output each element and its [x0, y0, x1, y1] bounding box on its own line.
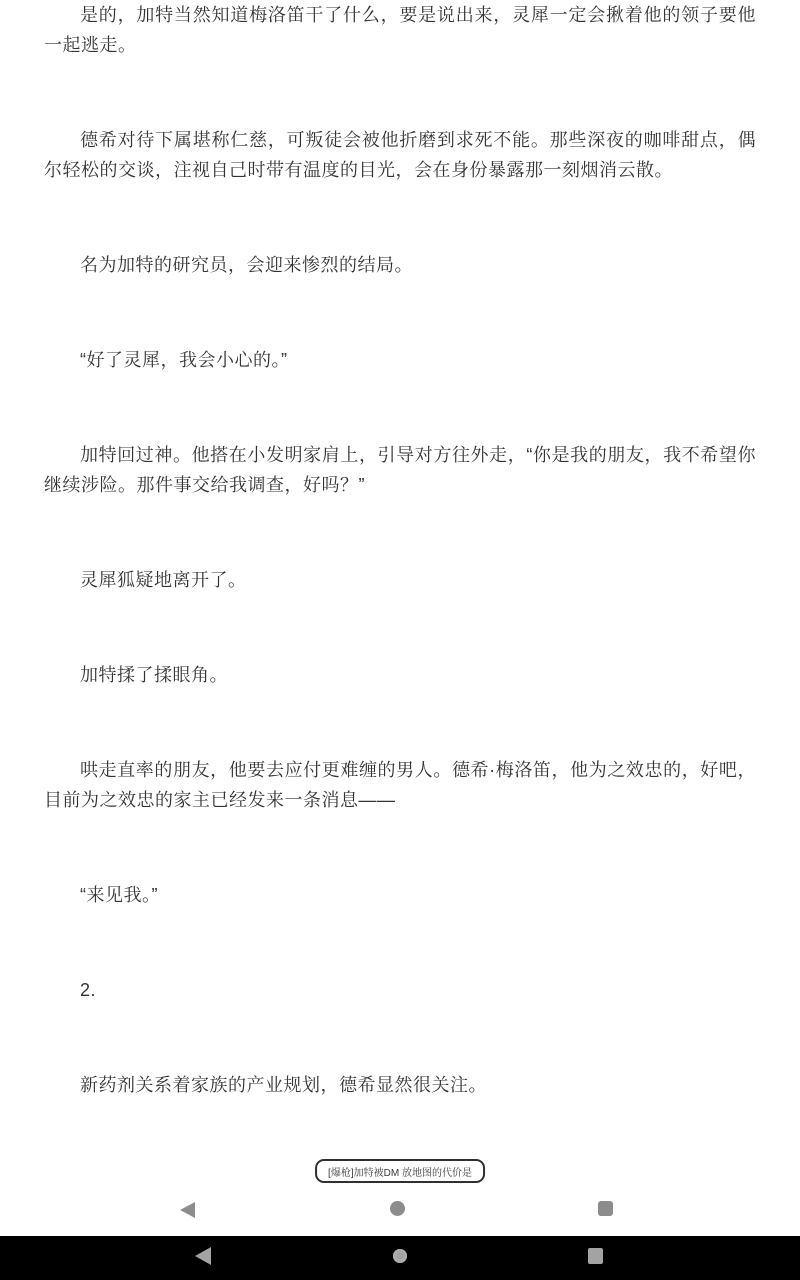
- recents-icon[interactable]: [588, 1248, 603, 1264]
- back-icon[interactable]: [180, 1202, 195, 1218]
- chapter-pill[interactable]: [爆枪]加特被DM 放地图的代价是: [315, 1159, 485, 1183]
- back-icon[interactable]: [195, 1247, 211, 1265]
- chapter-pill-label: [爆枪]加特被DM 放地图的代价是: [328, 1164, 472, 1179]
- home-icon[interactable]: [393, 1249, 407, 1263]
- paragraph: 加特回过神。他搭在小发明家肩上，引导对方往外走，“你是我的朋友，我不希望你继续涉…: [44, 440, 756, 500]
- paragraph: 是的，加特当然知道梅洛笛干了什么，要是说出来，灵犀一定会揪着他的领子要他一起逃走…: [44, 0, 756, 60]
- paragraph: “来见我。”: [44, 880, 756, 910]
- reader-page: { "page": { "background": "#ffffff" }, "…: [0, 0, 800, 1280]
- paragraph: 加特揉了揉眼角。: [44, 660, 756, 690]
- system-nav-bar: [0, 1236, 800, 1280]
- paragraph: 德希对待下属堪称仁慈，可叛徒会被他折磨到求死不能。那些深夜的咖啡甜点，偶尔轻松的…: [44, 125, 756, 185]
- home-icon[interactable]: [390, 1201, 405, 1216]
- recents-icon[interactable]: [598, 1201, 613, 1216]
- reader-content: 是的，加特当然知道梅洛笛干了什么，要是说出来，灵犀一定会揪着他的领子要他一起逃走…: [0, 0, 800, 1165]
- paragraph: “好了灵犀，我会小心的。”: [44, 345, 756, 375]
- paragraph: 灵犀狐疑地离开了。: [44, 565, 756, 595]
- paragraph: 2.: [44, 975, 756, 1005]
- paragraph: 新药剂关系着家族的产业规划，德希显然很关注。: [44, 1070, 756, 1100]
- paragraph: 哄走直率的朋友，他要去应付更难缠的男人。德希·梅洛笛，他为之效忠的，好吧，目前为…: [44, 755, 756, 815]
- paragraph: 名为加特的研究员，会迎来惨烈的结局。: [44, 250, 756, 280]
- screenshot-nav-bar: [0, 1190, 800, 1230]
